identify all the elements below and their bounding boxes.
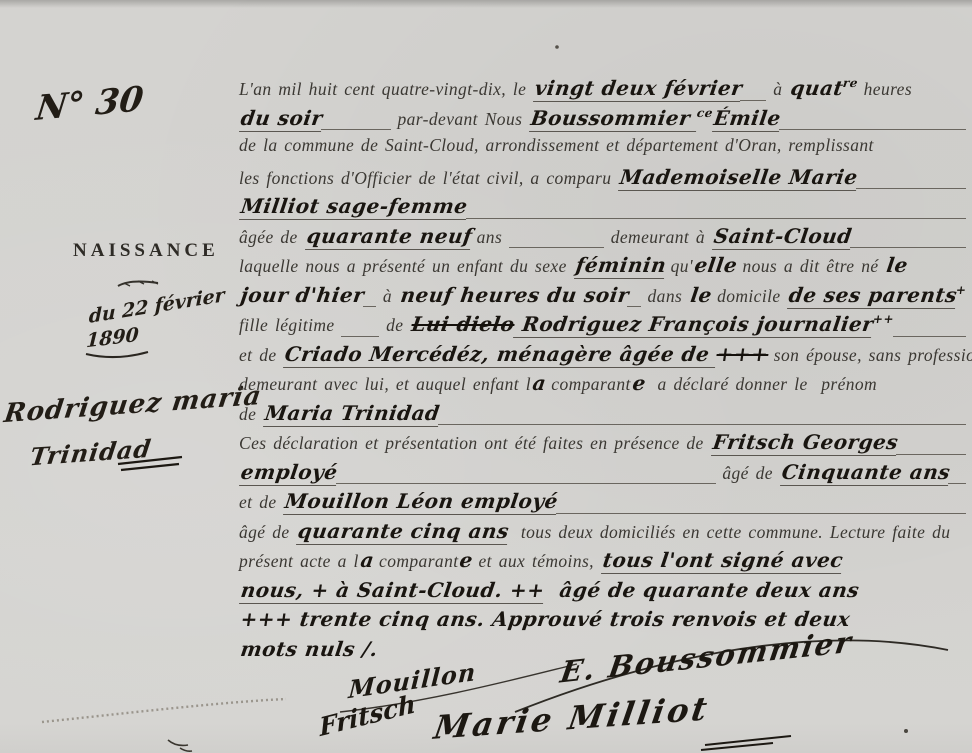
flourish-chevrons: [124, 281, 158, 286]
margin-child-name-line2: Trinidad: [28, 434, 153, 472]
printed-text: comparant: [545, 374, 631, 395]
printed-text: de la commune de Saint-Cloud, arrondisse…: [239, 135, 874, 156]
text-line: de la commune de Saint-Cloud, arrondisse…: [239, 135, 966, 165]
body-lines: L'an mil huit cent quatre-vingt-dix, le …: [239, 76, 966, 666]
act-number: N° 30: [34, 79, 146, 129]
handwritten-text: re: [842, 76, 859, 90]
printed-text: heures: [857, 79, 912, 100]
handwritten-text: vingt deux février: [533, 76, 744, 102]
handwritten-text: Saint-Cloud: [712, 224, 854, 250]
blank-rule: [948, 483, 966, 484]
handwritten-text: Maria Trinidad: [263, 401, 441, 427]
printed-text: et de: [239, 492, 283, 513]
text-line: fille légitime de Lui dielo Rodriguez Fr…: [239, 312, 966, 342]
printed-text: dans: [641, 286, 689, 307]
ink-marks-bottom-left: [168, 740, 192, 751]
handwritten-text: de ses parents: [787, 283, 959, 309]
printed-text: les fonctions d'Officier de l'état civil…: [239, 168, 618, 189]
text-line: +++ trente cinq ans. Approuvé trois renv…: [239, 607, 966, 637]
blank-rule: [896, 454, 966, 455]
text-line: les fonctions d'Officier de l'état civil…: [239, 165, 966, 195]
blank-rule: [466, 218, 966, 219]
handwritten-text: Criado Mercédéz, ménagère âgée de: [283, 342, 719, 368]
blank-rule: [336, 483, 716, 484]
printed-text: âgée de: [239, 227, 305, 248]
blank-rule: [779, 129, 966, 130]
handwritten-text: mots nuls /.: [239, 637, 380, 661]
faint-emboss-line: [42, 699, 286, 722]
record-type-heading: NAISSANCE: [73, 240, 219, 262]
handwritten-text: Rodriguez François journalier: [513, 312, 875, 338]
printed-text: tous deux domiciliés en cette commune. L…: [507, 522, 950, 543]
handwritten-text: employé: [239, 460, 339, 486]
blank-rule: [856, 188, 966, 189]
handwritten-text: Lui dielo: [410, 312, 516, 336]
ink-dot-bottom-right: [904, 729, 908, 733]
handwritten-text: âgé de quarante deux ans: [543, 578, 861, 602]
blank-rule: [509, 247, 604, 248]
handwritten-text: le: [689, 283, 714, 307]
blank-rule: [893, 336, 966, 337]
text-line: L'an mil huit cent quatre-vingt-dix, le …: [239, 76, 966, 106]
margin-date-line1: du 22 février: [89, 284, 225, 328]
handwritten-text: du soir: [239, 106, 324, 132]
printed-text: a déclaré donner le prénom: [644, 374, 877, 395]
printed-text: de: [379, 315, 410, 336]
handwritten-text: Mouillon Léon employé: [283, 489, 560, 515]
blank-rule: [363, 306, 377, 307]
printed-text: présent acte a l: [239, 551, 359, 572]
handwritten-text: +: [955, 283, 968, 297]
blank-rule: [556, 513, 966, 514]
handwritten-text: Cinquante ans: [780, 460, 952, 486]
handwritten-text: Fritsch Georges: [711, 430, 900, 456]
handwritten-text: tous l'ont signé avec: [601, 548, 845, 574]
text-line: demeurant avec lui, et auquel enfant la …: [239, 371, 966, 401]
printed-text: domicile: [710, 286, 787, 307]
handwritten-text: +++ trente cinq ans. Approuvé trois renv…: [239, 607, 852, 631]
birth-record-page: N° 30 NAISSANCE du 22 février 1890 Rodri…: [0, 0, 972, 753]
text-line: et de Mouillon Léon employé: [239, 489, 966, 519]
text-line: jour d'hier à neuf heures du soir dans l…: [239, 283, 966, 313]
handwritten-text: Mademoiselle Marie: [618, 165, 859, 191]
text-line: présent acte a la comparante et aux témo…: [239, 548, 966, 578]
handwritten-text: ce: [696, 106, 714, 120]
printed-text: ans: [470, 227, 509, 248]
margin-date-line2: 1890: [86, 324, 140, 353]
printed-text: laquelle nous a présenté un enfant du se…: [239, 256, 574, 277]
blank-rule: [850, 247, 966, 248]
handwritten-text: jour d'hier: [239, 283, 366, 307]
handwritten-text: le: [885, 253, 910, 277]
handwritten-text: quarante neuf: [305, 224, 474, 250]
text-line: nous, + à Saint-Cloud. ++ âgé de quarant…: [239, 578, 966, 608]
printed-text: et aux témoins,: [472, 551, 601, 572]
blank-rule: [627, 306, 641, 307]
blank-rule: [321, 129, 391, 130]
printed-text: à: [766, 79, 789, 100]
text-line: et de Criado Mercédéz, ménagère âgée de …: [239, 342, 966, 372]
printed-text: comparant: [372, 551, 458, 572]
printed-text: nous a dit être né: [736, 256, 886, 277]
printed-text: âgé de: [239, 522, 296, 543]
text-line: âgé de quarante cinq ans tous deux domic…: [239, 519, 966, 549]
printed-text: Ces déclaration et présentation ont été …: [239, 433, 711, 454]
milliot-signature-hatches: [701, 736, 791, 750]
printed-text: de: [239, 404, 263, 425]
printed-text: et de: [239, 345, 283, 366]
flourish-under-year: [86, 352, 148, 357]
text-line: employé âgé de Cinquante ans: [239, 460, 966, 490]
text-line: laquelle nous a présenté un enfant du se…: [239, 253, 966, 283]
text-line: du soir par-devant Nous Boussommier ceÉm…: [239, 106, 966, 136]
blank-rule: [740, 100, 766, 101]
signature-declarant-marie-milliot: Marie Milliot: [431, 689, 712, 747]
handwritten-text: elle: [693, 253, 739, 277]
handwritten-text: +++: [715, 342, 770, 366]
printed-text: fille légitime: [239, 315, 341, 336]
handwritten-text: quat: [789, 76, 845, 100]
printed-text: L'an mil huit cent quatre-vingt-dix, le: [239, 79, 533, 100]
text-line: Ces déclaration et présentation ont été …: [239, 430, 966, 460]
printed-text: son épouse, sans profession,: [767, 345, 972, 366]
handwritten-text: ++: [872, 312, 895, 326]
printed-text: demeurant à: [604, 227, 712, 248]
blank-rule: [341, 336, 379, 337]
handwritten-text: Émile: [712, 106, 782, 132]
blank-rule: [438, 424, 966, 425]
text-line: âgée de quarante neuf ans demeurant à Sa…: [239, 224, 966, 254]
printed-text: âgé de: [716, 463, 780, 484]
handwritten-text: neuf heures du soir: [399, 283, 631, 307]
ink-dot-top: [555, 45, 559, 49]
text-line: Milliot sage-femme: [239, 194, 966, 224]
flourish-under-heading: [118, 282, 158, 286]
handwritten-text: nous, + à Saint-Cloud. ++: [239, 578, 546, 604]
printed-text: demeurant avec lui, et auquel enfant l: [239, 374, 531, 395]
handwritten-text: Boussommier: [529, 106, 699, 132]
text-line: de Maria Trinidad: [239, 401, 966, 431]
margin-child-name-line1: Rodriguez maria: [2, 381, 264, 429]
printed-text: à: [376, 286, 399, 307]
handwritten-text: Milliot sage-femme: [239, 194, 469, 220]
printed-text: par-devant Nous: [391, 109, 529, 130]
printed-text: qu': [664, 256, 693, 277]
handwritten-text: quarante cinq ans: [296, 519, 511, 545]
handwritten-text: féminin: [574, 253, 668, 279]
